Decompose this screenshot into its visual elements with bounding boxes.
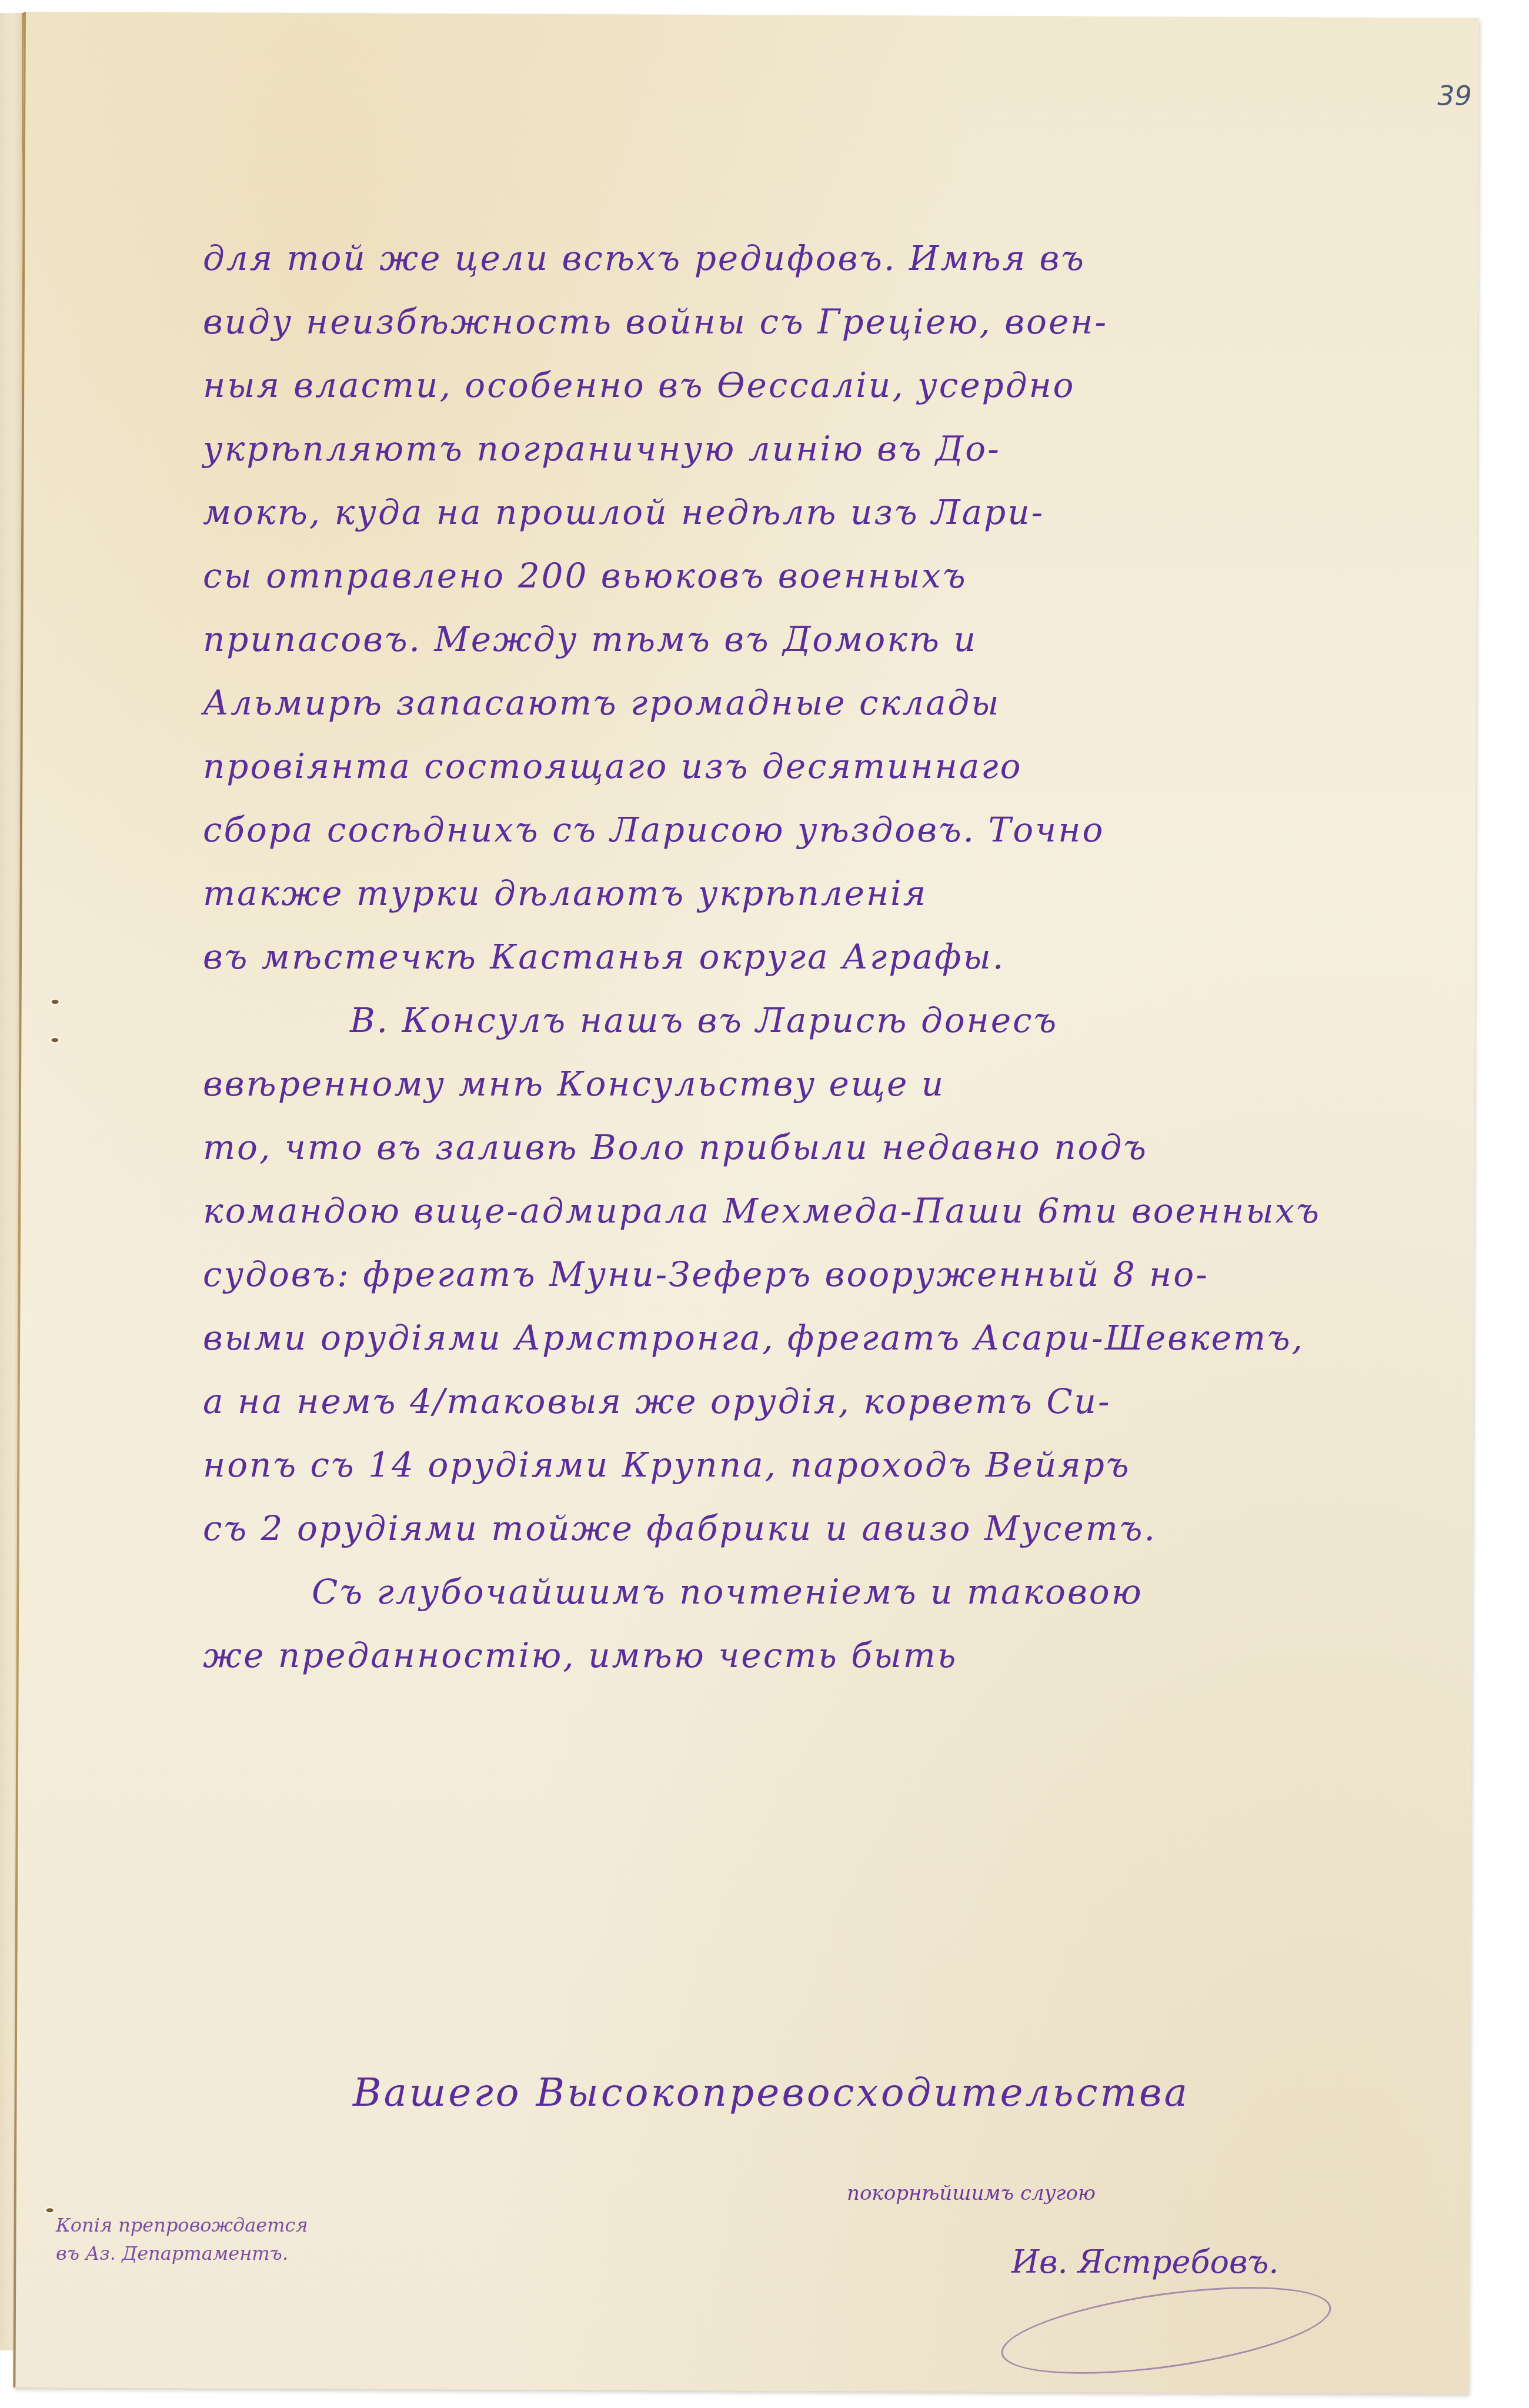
text-line: ввѣренному мнѣ Консульству еще и [203, 1052, 1479, 1116]
text-line: то, что въ заливѣ Воло прибыли недавно п… [203, 1116, 1479, 1179]
text-line: сы отправлено 200 вьюковъ военныхъ [203, 544, 1479, 607]
text-line: мокѣ, куда на прошлой недѣлѣ изъ Лари- [203, 480, 1479, 544]
punch-hole [52, 1000, 59, 1004]
margin-note-line: въ Аз. Департаментъ. [56, 2239, 308, 2267]
text-line: припасовъ. Между тѣмъ въ Домокѣ и [203, 607, 1479, 671]
text-line: судовъ: фрегатъ Муни-Зеферъ вооруженный … [203, 1243, 1479, 1306]
text-line: а на немъ 4/таковыя же орудія, корветъ С… [203, 1370, 1479, 1433]
paragraph-start-line: Съ глубочайшимъ почтеніемъ и таковою [203, 1560, 1479, 1624]
text-line: укрѣпляютъ пограничную линію въ До- [203, 417, 1479, 480]
text-line: нопъ съ 14 орудіями Круппа, пароходъ Вей… [203, 1433, 1479, 1497]
punch-hole [51, 1038, 58, 1042]
text-line: провіянта состоящаго изъ десятиннаго [203, 734, 1479, 798]
margin-note-line: Копія препровождается [56, 2211, 308, 2239]
text-line: также турки дѣлаютъ укрѣпленія [203, 861, 1479, 925]
text-line: съ 2 орудіями тойже фабрики и авизо Мусе… [203, 1497, 1479, 1560]
text-line: командою вице-адмирала Мехмеда-Паши 6ти … [203, 1179, 1479, 1243]
text-line: же преданностію, имѣю честь быть [203, 1624, 1479, 1687]
signature: Ив. Ястребовъ. [1011, 2243, 1279, 2280]
text-line: Альмирѣ запасаютъ громадные склады [203, 671, 1479, 734]
punch-hole [46, 2208, 54, 2212]
letter-body: для той же цели всѣхъ редифовъ. Имѣя въ … [203, 226, 1479, 1687]
text-line: въ мѣстечкѣ Кастанья округа Аграфы. [203, 925, 1479, 988]
text-line: для той же цели всѣхъ редифовъ. Имѣя въ [203, 226, 1479, 290]
text-line: виду неизбѣжность войны съ Греціею, воен… [203, 290, 1479, 353]
text-line: выми орудіями Армстронга, фрегатъ Асари-… [203, 1306, 1479, 1370]
text-line: ныя власти, особенно въ Өессаліи, усердн… [203, 353, 1479, 417]
folio-number: 39 [1437, 79, 1472, 111]
paragraph-start-line: В. Консулъ нашъ въ Ларисѣ донесъ [203, 988, 1479, 1052]
text-line: сбора сосѣднихъ съ Ларисою уѣздовъ. Точн… [203, 798, 1479, 861]
servant-phrase: покорнѣйшимъ слугою [847, 2182, 1096, 2205]
margin-note: Копія препровождается въ Аз. Департамент… [56, 2211, 308, 2267]
closing-salutation: Вашего Высокопревосходительства [353, 2070, 1190, 2115]
